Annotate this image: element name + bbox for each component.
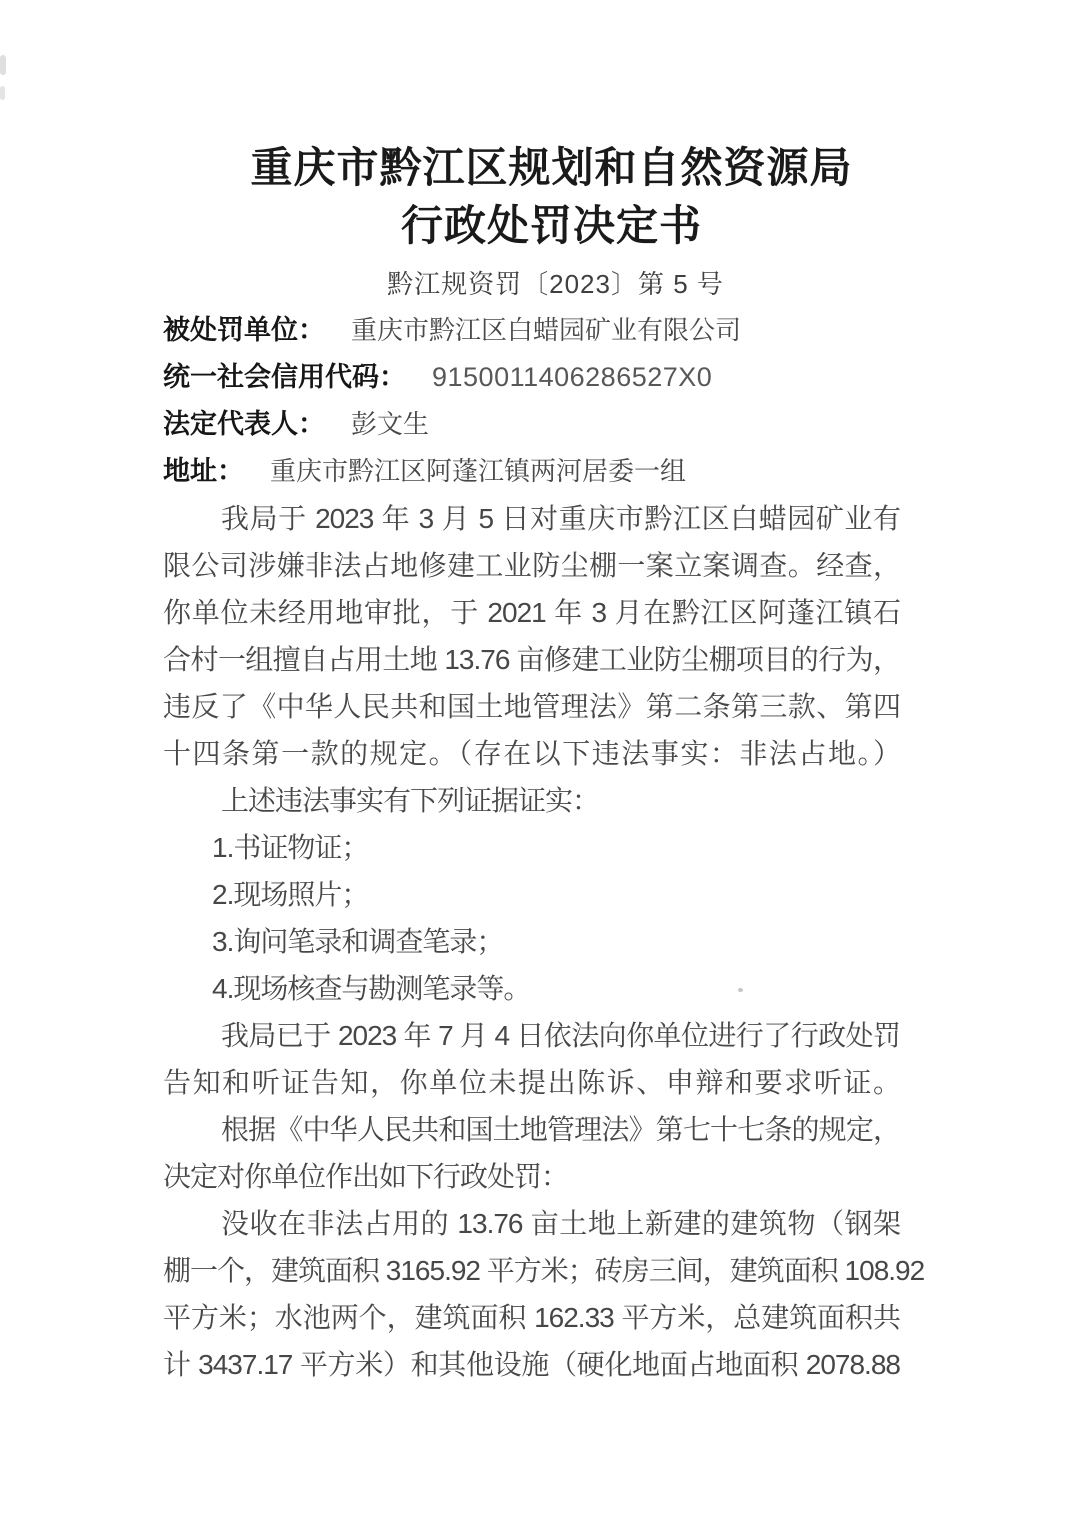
document-text-block: 被处罚单位：重庆市黔江区白蜡园矿业有限公司 统一社会信用代码：915001140…	[163, 307, 900, 1388]
penalized-entity-label: 被处罚单位：	[163, 315, 325, 345]
legal-representative-label: 法定代表人：	[163, 409, 325, 439]
document-content: 重庆市黔江区规划和自然资源局 行政处罚决定书 黔江规资罚〔2023〕第 5 号 …	[163, 140, 900, 1388]
scan-artifact	[0, 86, 5, 100]
body-line: 棚一个，建筑面积 3165.92 平方米；砖房三间，建筑面积 108.92	[163, 1247, 900, 1294]
address-line: 地址：重庆市黔江区阿蓬江镇两河居委一组	[163, 448, 900, 495]
body-line: 你单位未经用地审批，于 2021 年 3 月在黔江区阿蓬江镇石	[163, 589, 900, 636]
body-line: 合村一组擅自占用土地 13.76 亩修建工业防尘棚项目的行为，	[163, 636, 900, 683]
evidence-item: 3.询问笔录和调查笔录；	[163, 918, 900, 965]
body-line: 决定对你单位作出如下行政处罚：	[163, 1153, 900, 1200]
body-line: 平方米；水池两个，建筑面积 162.33 平方米，总建筑面积共	[163, 1294, 900, 1341]
credit-code-value: 9150011406286527X0	[432, 362, 712, 392]
evidence-item: 1.书证物证；	[163, 824, 900, 871]
body-line: 没收在非法占用的 13.76 亩土地上新建的建筑物（钢架	[163, 1200, 900, 1247]
body-line: 限公司涉嫌非法占地修建工业防尘棚一案立案调查。经查，	[163, 542, 900, 589]
body-line: 根据《中华人民共和国土地管理法》第七十七条的规定，	[163, 1106, 900, 1153]
evidence-item: 4.现场核查与勘测笔录等。	[163, 965, 900, 1012]
document-number: 黔江规资罚〔2023〕第 5 号	[187, 266, 924, 302]
legal-representative-line: 法定代表人：彭文生	[163, 401, 900, 448]
penalized-entity-value: 重庆市黔江区白蜡园矿业有限公司	[351, 315, 741, 345]
evidence-item: 2.现场照片；	[163, 871, 900, 918]
body-line: 上述违法事实有下列证据证实：	[163, 777, 900, 824]
body-line: 十四条第一款的规定。（存在以下违法事实：非法占地。）	[163, 730, 900, 777]
scan-artifact	[0, 55, 6, 75]
document-title-line2: 行政处罚决定书	[183, 198, 920, 256]
legal-representative-value: 彭文生	[351, 409, 429, 439]
credit-code-line: 统一社会信用代码：9150011406286527X0	[163, 354, 900, 401]
address-value: 重庆市黔江区阿蓬江镇两河居委一组	[270, 456, 686, 486]
document-title-line1: 重庆市黔江区规划和自然资源局	[183, 140, 920, 198]
credit-code-label: 统一社会信用代码：	[163, 362, 406, 392]
body-line: 违反了《中华人民共和国土地管理法》第二条第三款、第四	[163, 683, 900, 730]
body-line: 告知和听证告知，你单位未提出陈诉、申辩和要求听证。	[163, 1059, 900, 1106]
penalized-entity-line: 被处罚单位：重庆市黔江区白蜡园矿业有限公司	[163, 307, 900, 354]
body-line: 计 3437.17 平方米）和其他设施（硬化地面占地面积 2078.88	[163, 1341, 900, 1388]
body-line: 我局于 2023 年 3 月 5 日对重庆市黔江区白蜡园矿业有	[163, 495, 900, 542]
scanned-document-page: 重庆市黔江区规划和自然资源局 行政处罚决定书 黔江规资罚〔2023〕第 5 号 …	[0, 0, 1077, 1532]
address-label: 地址：	[163, 456, 244, 486]
body-line: 我局已于 2023 年 7 月 4 日依法向你单位进行了行政处罚	[163, 1012, 900, 1059]
